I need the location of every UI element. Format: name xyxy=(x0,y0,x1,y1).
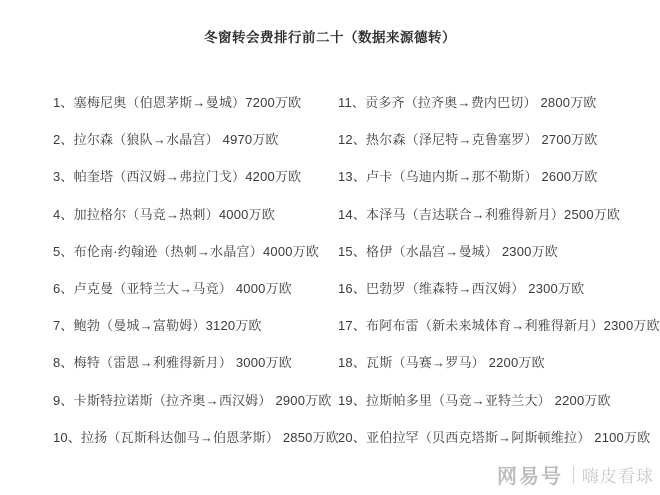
watermark-account-name: 嗨皮看球 xyxy=(582,462,654,487)
ranking-item: 17、布阿布雷（新未来城体育→利雅得新月）2300万欧 xyxy=(338,307,653,344)
netease-brand-logo: 网易号 xyxy=(497,460,563,489)
ranking-item: 20、亚伯拉罕（贝西克塔斯→阿斯顿维拉） 2100万欧 xyxy=(338,419,653,456)
ranking-item: 14、本泽马（吉达联合→利雅得新月）2500万欧 xyxy=(338,196,653,233)
ranking-list-left: 1、塞梅尼奥（伯恩茅斯→曼城）7200万欧 2、拉尔森（狼队→水晶宫） 4970… xyxy=(53,84,338,456)
ranking-item: 11、贡多齐（拉齐奥→费内巴切） 2800万欧 xyxy=(338,84,653,121)
page-title: 冬窗转会费排行前二十（数据来源德转） xyxy=(0,26,660,46)
netease-watermark: 网易号 嗨皮看球 xyxy=(497,460,654,489)
ranking-item: 19、拉斯帕多里（马竞→亚特兰大） 2200万欧 xyxy=(338,382,653,419)
watermark-divider xyxy=(573,466,574,484)
article-image: 冬窗转会费排行前二十（数据来源德转） 1、塞梅尼奥（伯恩茅斯→曼城）7200万欧… xyxy=(0,0,660,495)
ranking-item: 9、卡斯特拉诺斯（拉齐奥→西汉姆） 2900万欧 xyxy=(53,382,338,419)
ranking-item: 13、卢卡（乌迪内斯→那不勒斯） 2600万欧 xyxy=(338,158,653,195)
ranking-item: 1、塞梅尼奥（伯恩茅斯→曼城）7200万欧 xyxy=(53,84,338,121)
ranking-item: 15、格伊（水晶宫→曼城） 2300万欧 xyxy=(338,233,653,270)
ranking-item: 2、拉尔森（狼队→水晶宫） 4970万欧 xyxy=(53,121,338,158)
ranking-list-right: 11、贡多齐（拉齐奥→费内巴切） 2800万欧 12、热尔森（泽尼特→克鲁塞罗）… xyxy=(338,84,653,456)
ranking-item: 3、帕奎塔（西汉姆→弗拉门戈）4200万欧 xyxy=(53,158,338,195)
ranking-item: 7、鲍勃（曼城→富勒姆）3120万欧 xyxy=(53,307,338,344)
ranking-item: 4、加拉格尔（马竞→热刺）4000万欧 xyxy=(53,196,338,233)
ranking-item: 10、拉扬（瓦斯科达伽马→伯恩茅斯） 2850万欧 xyxy=(53,419,338,456)
ranking-item: 16、巴勃罗（维森特→西汉姆） 2300万欧 xyxy=(338,270,653,307)
ranking-item: 6、卢克曼（亚特兰大→马竞） 4000万欧 xyxy=(53,270,338,307)
ranking-item: 12、热尔森（泽尼特→克鲁塞罗） 2700万欧 xyxy=(338,121,653,158)
ranking-item: 5、布伦南·约翰逊（热刺→水晶宫）4000万欧 xyxy=(53,233,338,270)
ranking-item: 8、梅特（雷恩→利雅得新月） 3000万欧 xyxy=(53,344,338,381)
ranking-item: 18、瓦斯（马赛→罗马） 2200万欧 xyxy=(338,344,653,381)
